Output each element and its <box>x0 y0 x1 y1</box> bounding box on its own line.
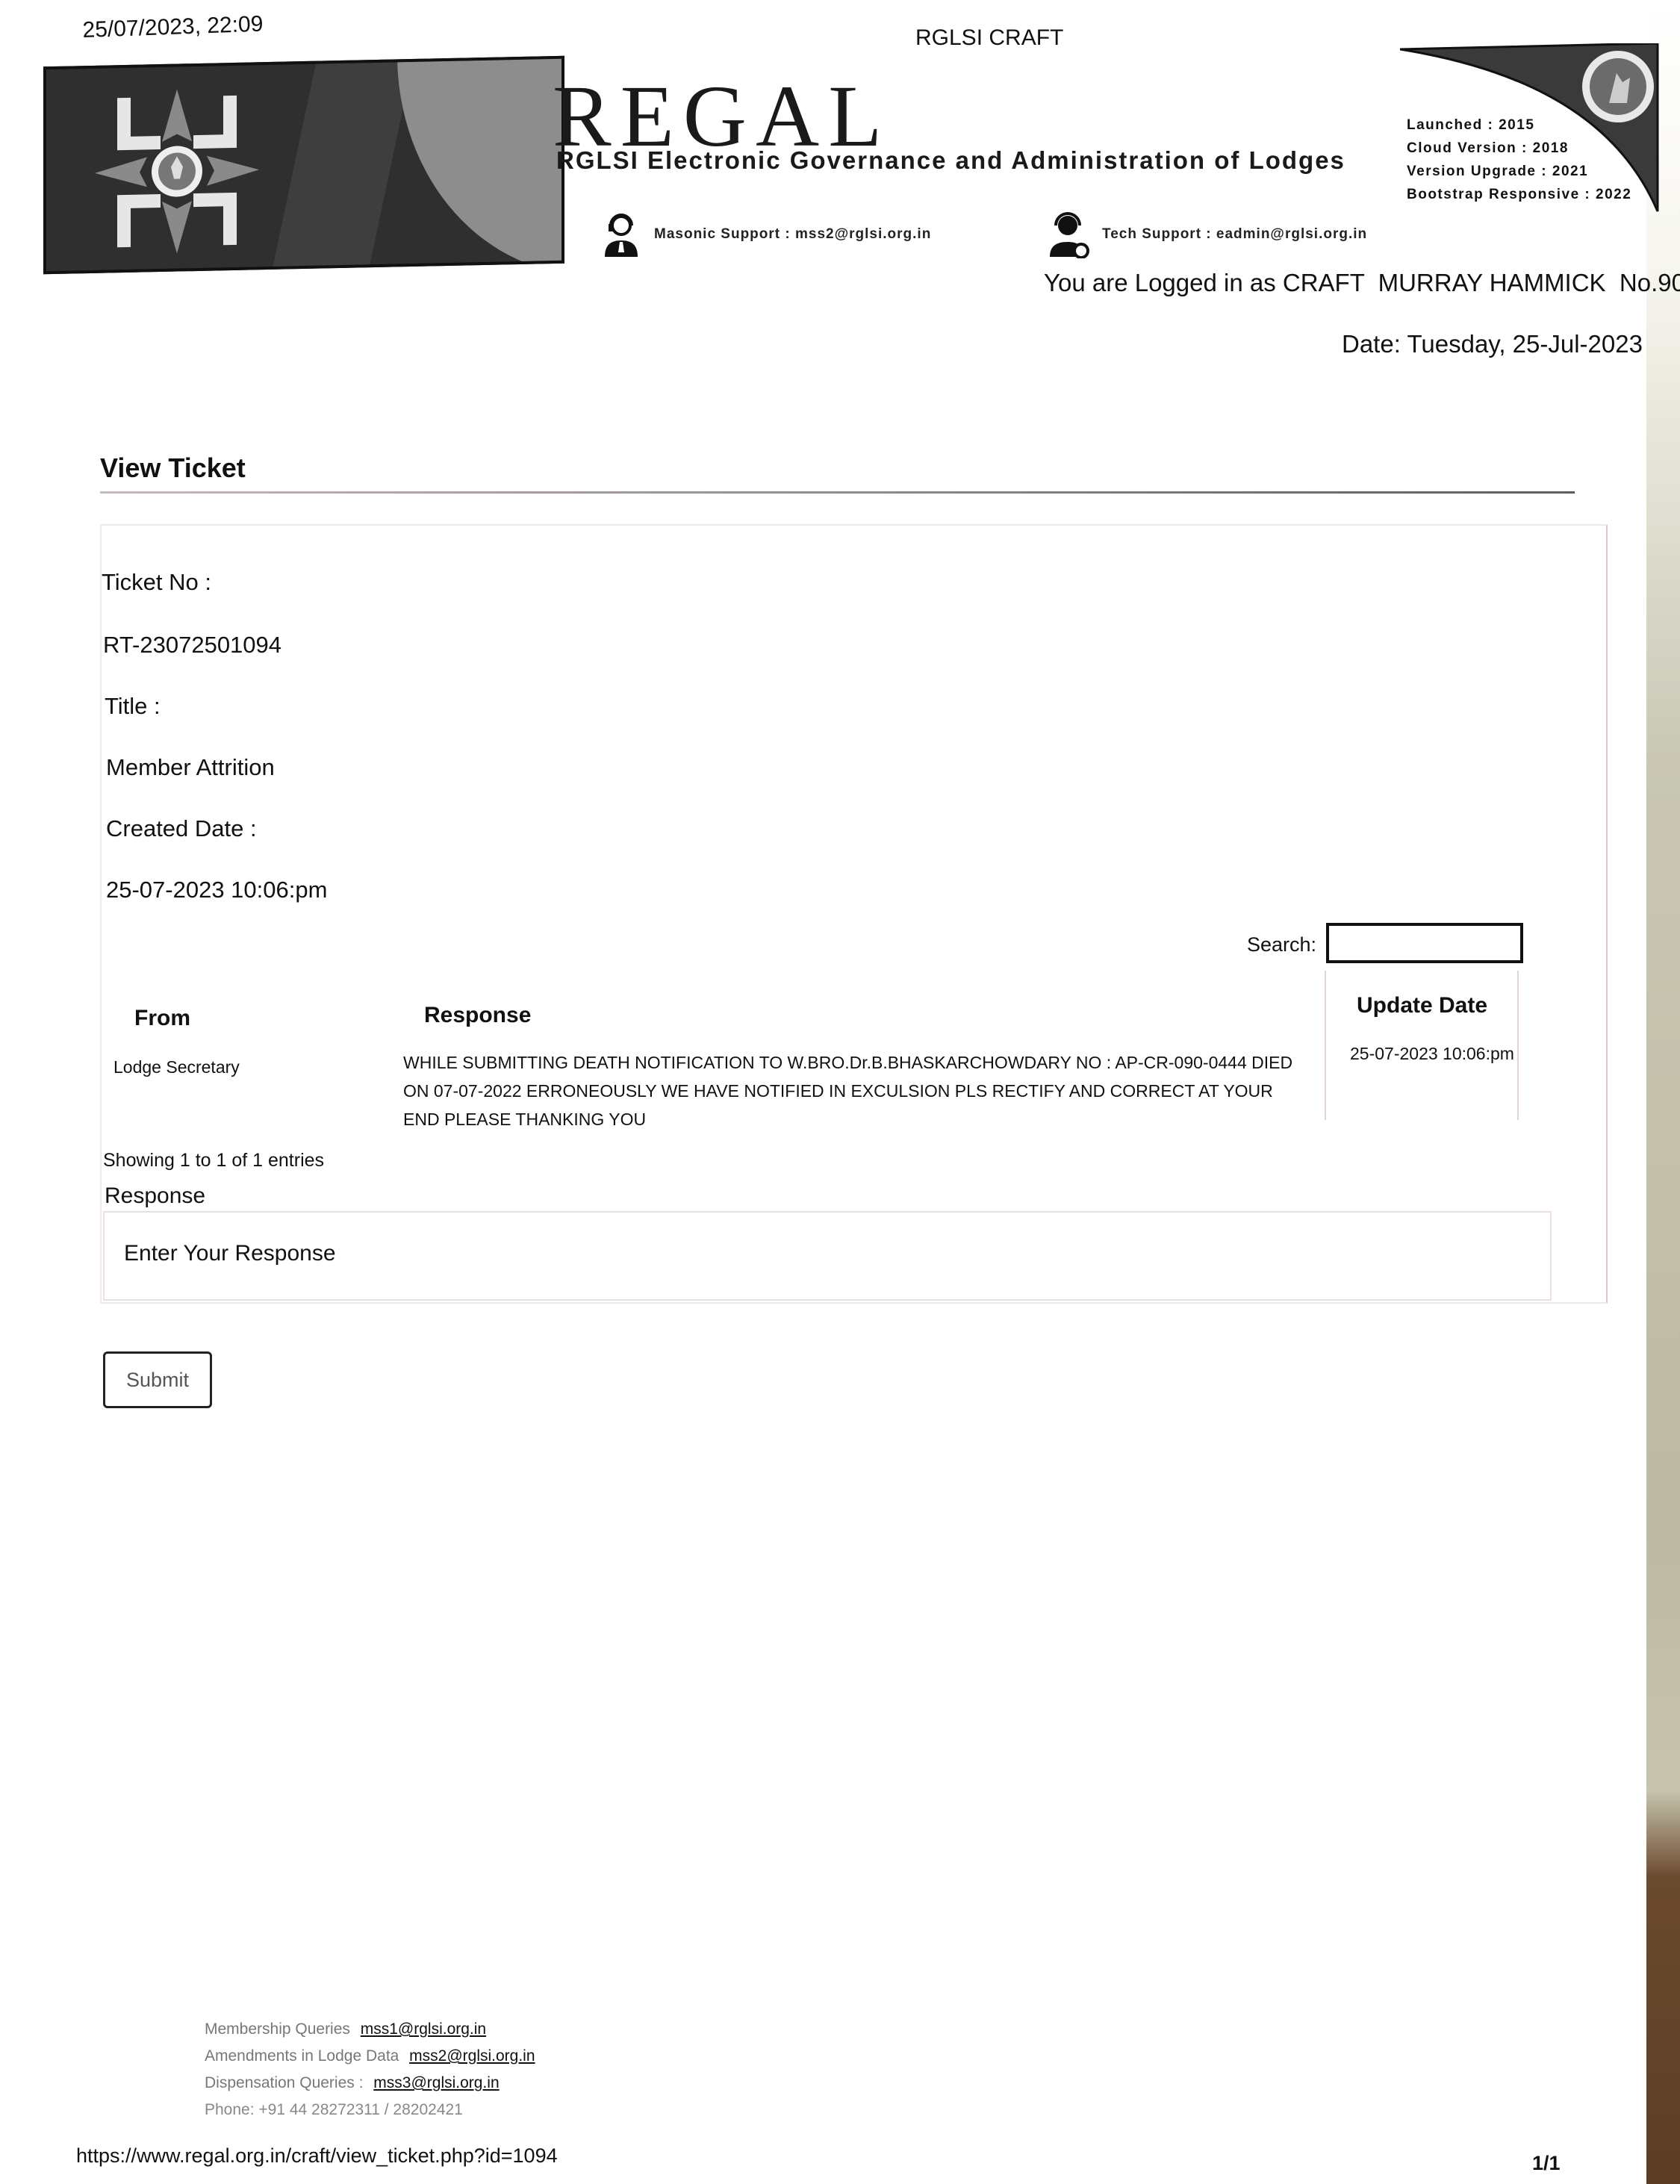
tech-support: Tech Support : eadmin@rglsi.org.in <box>1045 211 1367 258</box>
search-label: Search: <box>1247 933 1316 956</box>
contact-amendments: Amendments in Lodge Data mss2@rglsi.org.… <box>205 2043 535 2070</box>
contact-membership: Membership Queries mss1@rglsi.org.in <box>205 2016 535 2043</box>
contact-dispensation: Dispensation Queries : mss3@rglsi.org.in <box>205 2070 535 2097</box>
created-date-label: Created Date : <box>106 815 257 842</box>
table-info: Showing 1 to 1 of 1 entries <box>103 1150 324 1172</box>
footer-contacts: Membership Queries mss1@rglsi.org.in Ame… <box>205 2016 535 2124</box>
version-launched: Launched : 2015 <box>1407 113 1631 137</box>
lodge-emblem-icon <box>87 80 267 263</box>
ticket-title-value: Member Attrition <box>106 754 275 781</box>
version-cloud: Cloud Version : 2018 <box>1407 137 1631 160</box>
print-timestamp: 25/07/2023, 22:09 <box>82 12 264 43</box>
print-page-number: 1/1 <box>1532 2152 1561 2175</box>
page-title: View Ticket <box>100 452 246 484</box>
column-header-response[interactable]: Response <box>424 1003 531 1028</box>
column-header-update-date[interactable]: Update Date <box>1357 993 1487 1018</box>
submit-button[interactable]: Submit <box>103 1351 212 1408</box>
photo-background-edge <box>1646 0 1680 2184</box>
print-page-title: RGLSI CRAFT <box>915 25 1063 51</box>
masonic-support-text: Masonic Support : mss2@rglsi.org.in <box>654 226 931 243</box>
search-input[interactable] <box>1326 923 1523 963</box>
ticket-panel <box>100 524 1608 1304</box>
current-date: Date: Tuesday, 25-Jul-2023 <box>1342 330 1643 358</box>
response-textarea[interactable] <box>103 1211 1552 1301</box>
brand-subtitle: RGLSI Electronic Governance and Administ… <box>556 146 1345 175</box>
contact-phone: Phone: +91 44 28272311 / 28202421 <box>205 2097 535 2124</box>
dispensation-email-link[interactable]: mss3@rglsi.org.in <box>373 2074 499 2091</box>
version-info: Launched : 2015 Cloud Version : 2018 Ver… <box>1407 113 1631 206</box>
response-label: Response <box>105 1183 205 1209</box>
title-divider <box>100 491 1575 494</box>
membership-email-link[interactable]: mss1@rglsi.org.in <box>361 2020 486 2038</box>
column-header-from[interactable]: From <box>134 1006 190 1031</box>
print-url: https://www.regal.org.in/craft/view_tick… <box>76 2144 558 2168</box>
ticket-title-label: Title : <box>105 693 161 720</box>
ticket-no-label: Ticket No : <box>102 569 211 596</box>
masonic-support: Masonic Support : mss2@rglsi.org.in <box>597 211 931 258</box>
row-response: WHILE SUBMITTING DEATH NOTIFICATION TO W… <box>403 1048 1299 1133</box>
amendments-email-link[interactable]: mss2@rglsi.org.in <box>409 2047 535 2065</box>
tech-support-icon <box>1045 211 1093 258</box>
support-agent-icon <box>597 211 645 258</box>
version-bootstrap: Bootstrap Responsive : 2022 <box>1407 183 1631 206</box>
ticket-no-value: RT-23072501094 <box>103 632 281 659</box>
row-update-date: 25-07-2023 10:06:pm <box>1350 1044 1514 1064</box>
version-upgrade: Version Upgrade : 2021 <box>1407 160 1631 183</box>
row-from: Lodge Secretary <box>113 1057 240 1077</box>
tech-support-text: Tech Support : eadmin@rglsi.org.in <box>1102 226 1367 243</box>
logged-in-user: You are Logged in as CRAFT MURRAY HAMMIC… <box>1044 269 1680 297</box>
created-date-value: 25-07-2023 10:06:pm <box>106 877 327 903</box>
header-banner <box>43 56 564 275</box>
